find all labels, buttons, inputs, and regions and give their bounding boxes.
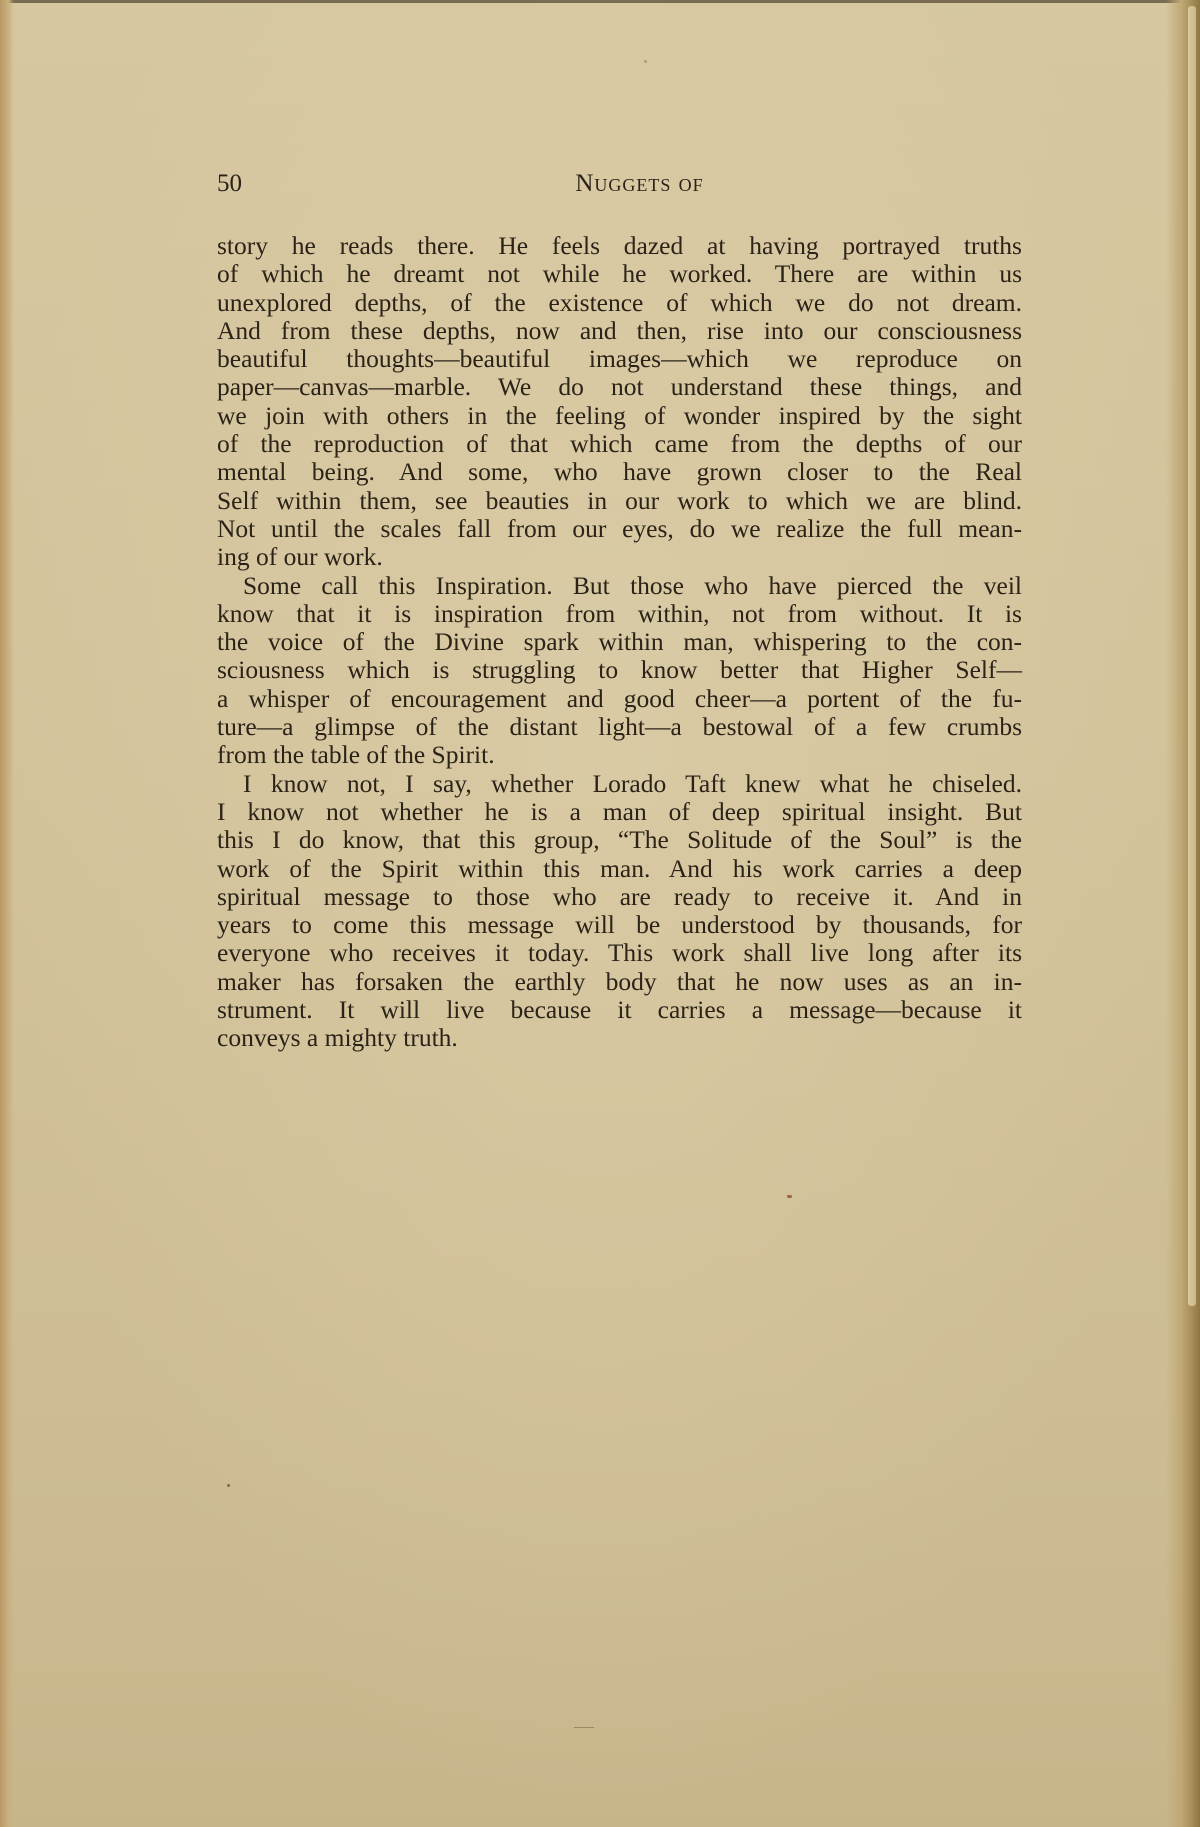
- text-line: unexplored depths, of the existence of w…: [217, 289, 1022, 317]
- text-line: conveys a mighty truth.: [217, 1024, 1022, 1052]
- text-line: everyone who receives it today. This wor…: [217, 939, 1022, 967]
- text-line: beautiful thoughts—beautiful images—whic…: [217, 345, 1022, 373]
- text-line: ing of our work.: [217, 543, 1022, 571]
- text-line: sciousness which is struggling to know b…: [217, 656, 1022, 684]
- page-top-edge: [0, 0, 1200, 3]
- text-line: work of the Spirit within this man. And …: [217, 855, 1022, 883]
- body-text: story he reads there. He feels dazed at …: [217, 232, 1022, 1053]
- text-line: from the table of the Spirit.: [217, 741, 1022, 769]
- text-line: spiritual message to those who are ready…: [217, 883, 1022, 911]
- page-gutter-shadow: [0, 0, 14, 1827]
- text-line: Some call this Inspiration. But those wh…: [217, 572, 1022, 600]
- text-line: And from these depths, now and then, ris…: [217, 317, 1022, 345]
- book-page: 50 Nuggets of story he reads there. He f…: [0, 0, 1200, 1827]
- running-head-title: Nuggets of: [217, 170, 1022, 198]
- text-line: Not until the scales fall from our eyes,…: [217, 515, 1022, 543]
- text-line: this I do know, that this group, “The So…: [217, 826, 1022, 854]
- paper-mark: [574, 1727, 594, 1728]
- text-line: we join with others in the feeling of wo…: [217, 402, 1022, 430]
- paper-speck: [787, 1195, 792, 1198]
- text-line: a whisper of encouragement and good chee…: [217, 685, 1022, 713]
- text-line: strument. It will live because it carrie…: [217, 996, 1022, 1024]
- text-line: maker has forsaken the earthly body that…: [217, 968, 1022, 996]
- paper-speck: [227, 1484, 230, 1487]
- text-line: I know not, I say, whether Lorado Taft k…: [217, 770, 1022, 798]
- page-fore-edge: [1188, 6, 1196, 1306]
- running-head: 50 Nuggets of: [217, 170, 1022, 200]
- text-line: mental being. And some, who have grown c…: [217, 458, 1022, 486]
- text-line: of the reproduction of that which came f…: [217, 430, 1022, 458]
- text-line: ture—a glimpse of the distant light—a be…: [217, 713, 1022, 741]
- text-line: the voice of the Divine spark within man…: [217, 628, 1022, 656]
- text-line: know that it is inspiration from within,…: [217, 600, 1022, 628]
- text-line: paper—canvas—marble. We do not understan…: [217, 373, 1022, 401]
- text-line: years to come this message will be under…: [217, 911, 1022, 939]
- text-line: I know not whether he is a man of deep s…: [217, 798, 1022, 826]
- text-line: Self within them, see beauties in our wo…: [217, 487, 1022, 515]
- paper-speck: [644, 60, 647, 63]
- text-line: story he reads there. He feels dazed at …: [217, 232, 1022, 260]
- text-line: of which he dreamt not while he worked. …: [217, 260, 1022, 288]
